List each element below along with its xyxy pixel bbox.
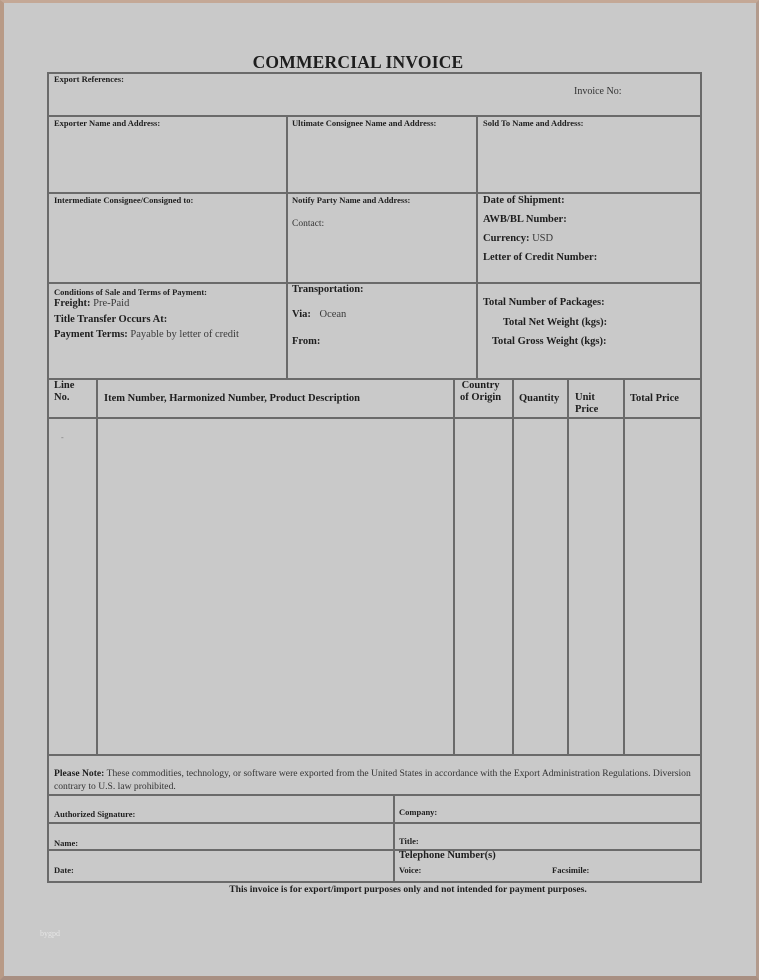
conditions-label: Conditions of Sale and Terms of Payment:: [54, 287, 207, 297]
total-gross-weight-label: Total Gross Weight (kgs):: [492, 336, 606, 347]
facsimile-field[interactable]: [600, 863, 698, 879]
contact-label: Contact:: [292, 219, 324, 229]
unit-price-cell[interactable]: [569, 419, 623, 753]
ultimate-consignee-label: Ultimate Consignee Name and Address:: [292, 118, 436, 128]
divider: [47, 282, 702, 284]
export-notice: Please Note: These commodities, technolo…: [54, 768, 694, 793]
date-label: Date:: [54, 865, 74, 875]
description-cell[interactable]: [97, 419, 453, 753]
divider: [47, 192, 702, 194]
company-field[interactable]: [444, 797, 698, 820]
voice-field[interactable]: [430, 863, 548, 879]
origin-cell[interactable]: [455, 419, 512, 753]
payment-terms-value: Payable by letter of credit: [130, 329, 238, 340]
footer-disclaimer: This invoice is for export/import purpos…: [0, 884, 759, 895]
divider: [393, 794, 395, 882]
freight-label: Freight:: [54, 298, 91, 309]
divider: [47, 822, 702, 824]
date-of-shipment-label: Date of Shipment:: [483, 195, 565, 206]
invoice-no-field[interactable]: [632, 84, 698, 100]
sold-to-field[interactable]: [478, 130, 698, 190]
payment-terms-row: Payment Terms: Payable by letter of cred…: [54, 329, 239, 340]
ultimate-consignee-field[interactable]: [288, 130, 474, 190]
telephone-label: Telephone Number(s): [399, 850, 496, 861]
col-header-line-no: Line No.: [54, 380, 74, 404]
via-row: Via: Ocean: [292, 309, 346, 320]
notify-party-label: Notify Party Name and Address:: [292, 195, 410, 205]
total-packages-label: Total Number of Packages:: [483, 297, 605, 308]
company-label: Company:: [399, 807, 437, 817]
authorized-signature-field[interactable]: [150, 797, 390, 820]
export-references-label: Export References:: [54, 74, 124, 84]
divider: [47, 378, 702, 380]
exporter-field[interactable]: [49, 130, 284, 190]
exporter-label: Exporter Name and Address:: [54, 118, 160, 128]
col-header-text: No.: [54, 392, 74, 404]
line-no-cell: -: [61, 433, 64, 442]
intermediate-consignee-field[interactable]: [49, 208, 284, 280]
divider: [47, 849, 702, 851]
notice-text: These commodities, technology, or softwa…: [54, 768, 691, 792]
col-header-description: Item Number, Harmonized Number, Product …: [104, 393, 360, 404]
name-field[interactable]: [86, 825, 390, 847]
letter-of-credit-label: Letter of Credit Number:: [483, 252, 597, 263]
via-label: Via:: [292, 309, 311, 320]
currency-label: Currency:: [483, 233, 529, 244]
facsimile-label: Facsimile:: [552, 865, 589, 875]
payment-terms-label: Payment Terms:: [54, 329, 128, 340]
total-price-cell[interactable]: [625, 419, 700, 753]
notice-label: Please Note:: [54, 768, 104, 779]
authorized-signature-label: Authorized Signature:: [54, 809, 135, 819]
col-header-total-price: Total Price: [630, 393, 679, 404]
freight-value: Pre-Paid: [93, 298, 129, 309]
divider: [47, 115, 702, 117]
divider: [47, 72, 702, 74]
freight-row: Freight: Pre-Paid: [54, 298, 129, 309]
col-header-text: Line: [54, 380, 74, 392]
col-header-text: of Origin: [460, 392, 501, 404]
title-field[interactable]: [424, 825, 698, 847]
col-header-quantity: Quantity: [519, 393, 559, 404]
col-header-text: Country: [460, 380, 501, 392]
title-label: Title:: [399, 836, 419, 846]
currency-row: Currency: USD: [483, 233, 553, 244]
voice-label: Voice:: [399, 865, 421, 875]
divider: [47, 794, 702, 796]
total-net-weight-label: Total Net Weight (kgs):: [503, 317, 607, 328]
title-transfer-label: Title Transfer Occurs At:: [54, 314, 167, 325]
date-field[interactable]: [80, 852, 390, 879]
currency-value: USD: [532, 233, 553, 244]
quantity-cell[interactable]: [514, 419, 567, 753]
name-label: Name:: [54, 838, 78, 848]
contact-field[interactable]: [330, 217, 474, 231]
divider: [47, 881, 702, 883]
from-label: From:: [292, 336, 320, 347]
via-value: Ocean: [319, 309, 346, 320]
col-header-unit-price: Unit Price: [575, 392, 598, 416]
invoice-no-label: Invoice No:: [574, 86, 622, 97]
col-header-origin: Country of Origin: [460, 380, 501, 404]
watermark: bygpd: [40, 929, 60, 938]
export-references-field[interactable]: [49, 85, 569, 113]
table-row: -: [49, 419, 700, 753]
intermediate-consignee-label: Intermediate Consignee/Consigned to:: [54, 195, 193, 205]
sold-to-label: Sold To Name and Address:: [483, 118, 583, 128]
divider: [700, 72, 702, 882]
col-header-text: Price: [575, 404, 598, 416]
awb-bl-label: AWB/BL Number:: [483, 214, 567, 225]
divider: [47, 754, 702, 756]
col-header-text: Unit: [575, 392, 598, 404]
document-title: COMMERCIAL INVOICE: [0, 52, 716, 73]
transportation-label: Transportation:: [292, 284, 364, 295]
